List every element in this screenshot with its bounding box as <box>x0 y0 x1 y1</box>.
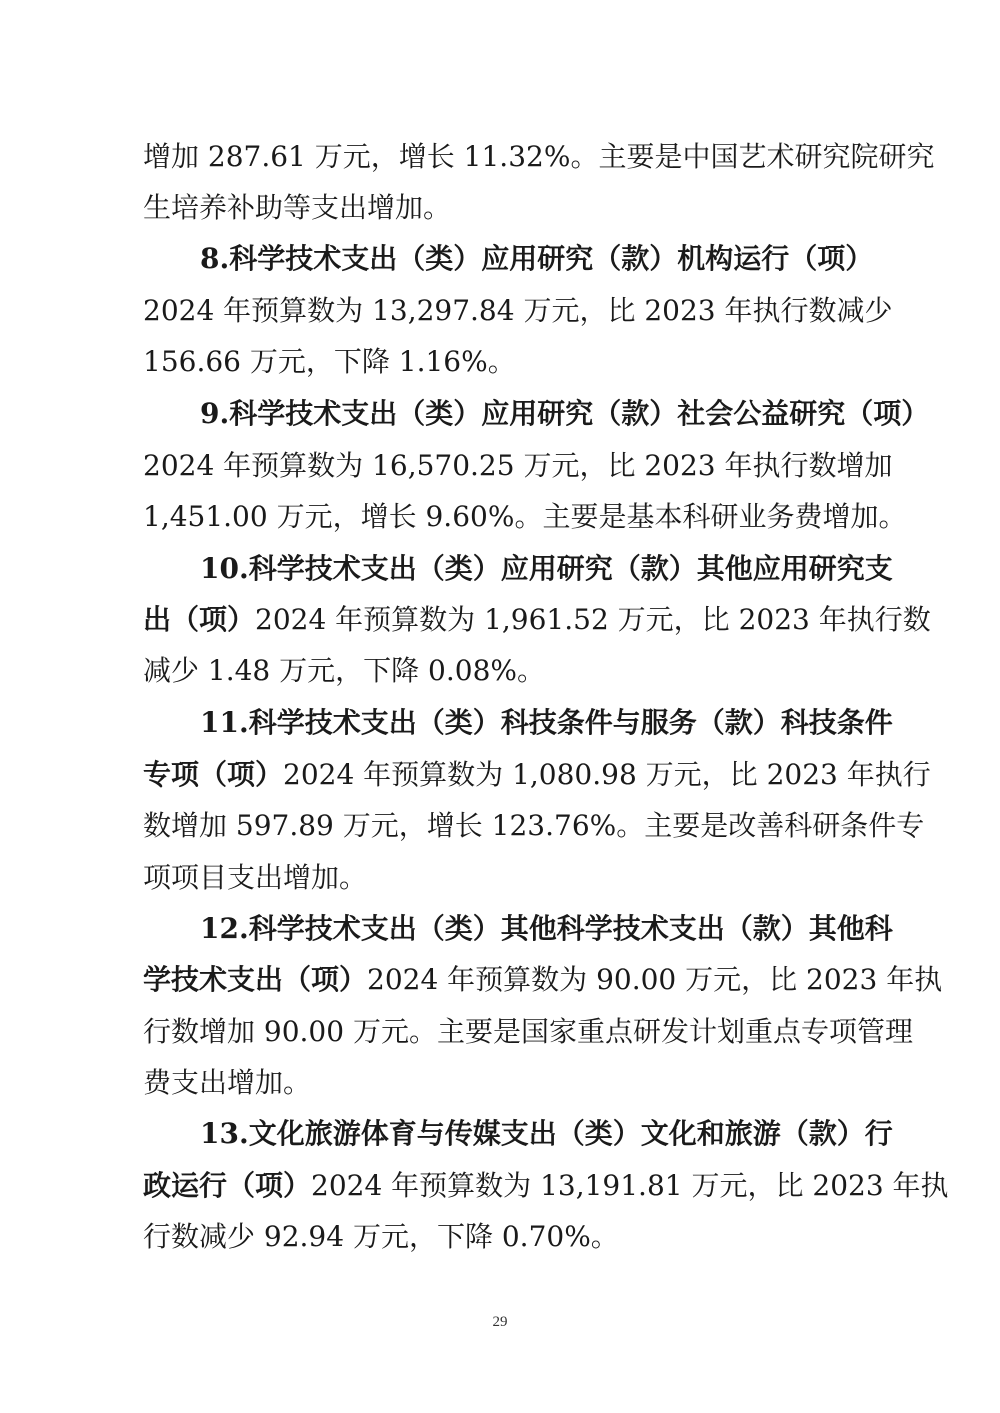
paragraph-line: 增加 287.61 万元，增长 11.32%。主要是中国艺术研究院研究 <box>143 131 859 182</box>
paragraph-line: 生培养补助等支出增加。 <box>143 182 859 233</box>
item-12-heading: 12.科学技术支出（类）其他科学技术支出（款）其他科 <box>200 903 859 954</box>
item-8-heading: 8.科学技术支出（类）应用研究（款）机构运行（项） <box>200 233 859 284</box>
page-number: 29 <box>0 1314 1000 1331</box>
paragraph-line: 出（项）2024 年预算数为 1,961.52 万元，比 2023 年执行数 <box>143 594 859 645</box>
paragraph-line: 数增加 597.89 万元，增长 123.76%。主要是改善科研条件专 <box>143 800 859 851</box>
item-9-heading: 9.科学技术支出（类）应用研究（款）社会公益研究（项） <box>200 388 859 439</box>
paragraph-line: 专项（项）2024 年预算数为 1,080.98 万元，比 2023 年执行 <box>143 749 859 800</box>
paragraph-line: 2024 年预算数为 16,570.25 万元，比 2023 年执行数增加 <box>143 440 859 491</box>
item-11-heading: 11.科学技术支出（类）科技条件与服务（款）科技条件 <box>200 697 859 748</box>
item-13-heading: 13.文化旅游体育与传媒支出（类）文化和旅游（款）行 <box>200 1108 859 1159</box>
paragraph-line: 行数增加 90.00 万元。主要是国家重点研发计划重点专项管理 <box>143 1006 859 1057</box>
paragraph-line: 政运行（项）2024 年预算数为 13,191.81 万元，比 2023 年执 <box>143 1160 859 1211</box>
paragraph-line: 项项目支出增加。 <box>143 852 859 903</box>
paragraph-line: 156.66 万元，下降 1.16%。 <box>143 336 859 387</box>
paragraph-line: 1,451.00 万元，增长 9.60%。主要是基本科研业务费增加。 <box>143 491 859 542</box>
paragraph-line: 2024 年预算数为 13,297.84 万元，比 2023 年执行数减少 <box>143 285 859 336</box>
item-10-heading: 10.科学技术支出（类）应用研究（款）其他应用研究支 <box>200 543 859 594</box>
paragraph-line: 行数减少 92.94 万元，下降 0.70%。 <box>143 1211 859 1262</box>
paragraph-line: 学技术支出（项）2024 年预算数为 90.00 万元，比 2023 年执 <box>143 954 859 1005</box>
document-page: 增加 287.61 万元，增长 11.32%。主要是中国艺术研究院研究 生培养补… <box>0 0 1000 1413</box>
paragraph-line: 费支出增加。 <box>143 1057 859 1108</box>
paragraph-line: 减少 1.48 万元，下降 0.08%。 <box>143 645 859 696</box>
